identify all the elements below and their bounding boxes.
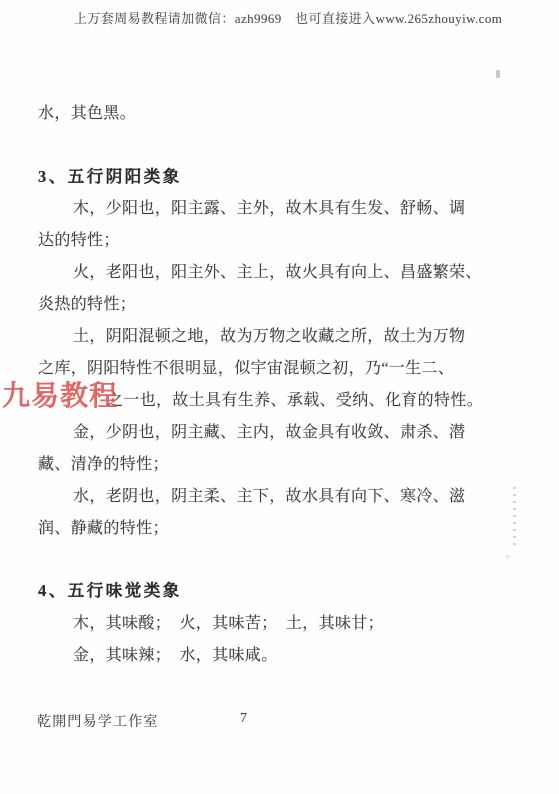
- body-line-metal-1: 金，少阴也，阴主藏、主内，故金具有收敛、肃杀、潜: [73, 419, 465, 442]
- scan-dotted-line-artifact: [513, 487, 516, 545]
- body-line-earth-2: 之库，阴阳特性不很明显，似宇宙混顿之初，乃“一生二、: [38, 355, 454, 378]
- body-line-earth-1: 土，阴阳混顿之地，故为万物之收藏之所，故土为万物: [73, 323, 465, 346]
- body-line-fire-1: 火，老阳也，阳主外、主上，故火具有向上、昌盛繁荣、: [73, 259, 482, 282]
- scan-plus-artifact: +: [505, 552, 510, 562]
- scan-speck-artifact: [496, 70, 500, 78]
- body-line-wood-2: 达的特性；: [38, 227, 120, 250]
- body-line-water-1: 水，老阴也，阴主柔、主下，故水具有向下、寒冷、滋: [73, 483, 465, 506]
- body-line-fire-2: 炎热的特性；: [38, 291, 136, 314]
- body-line-earth-3: 之一也，故土具有生养、承载、受纳、化育的特性。: [107, 387, 483, 410]
- body-line-taste-1: 木，其味酸； 火，其味苦； 土，其味甘；: [73, 610, 384, 633]
- header-promo-notice: 上万套周易教程请加微信：azh9969 也可直接进入www.265zhouyiw…: [74, 8, 502, 27]
- red-watermark: 九易教程: [2, 382, 118, 410]
- section-4-heading: 4、五行味觉类象: [38, 577, 182, 601]
- footer-page-number: 7: [240, 711, 247, 727]
- footer-studio-name: 乾開門易学工作室: [37, 711, 159, 731]
- scanned-document-page: 上万套周易教程请加微信：azh9969 也可直接进入www.265zhouyiw…: [0, 0, 559, 794]
- body-line-metal-2: 藏、清净的特性；: [38, 451, 169, 474]
- body-line-water-2: 润、静藏的特性；: [38, 515, 169, 538]
- section-3-heading: 3、五行阴阳类象: [38, 163, 182, 187]
- body-line-water-color: 水，其色黑。: [38, 100, 136, 123]
- body-line-wood-1: 木，少阳也，阳主露、主外，故木具有生发、舒畅、调: [73, 195, 465, 218]
- body-line-taste-2: 金，其味辣； 水，其味咸。: [73, 642, 278, 665]
